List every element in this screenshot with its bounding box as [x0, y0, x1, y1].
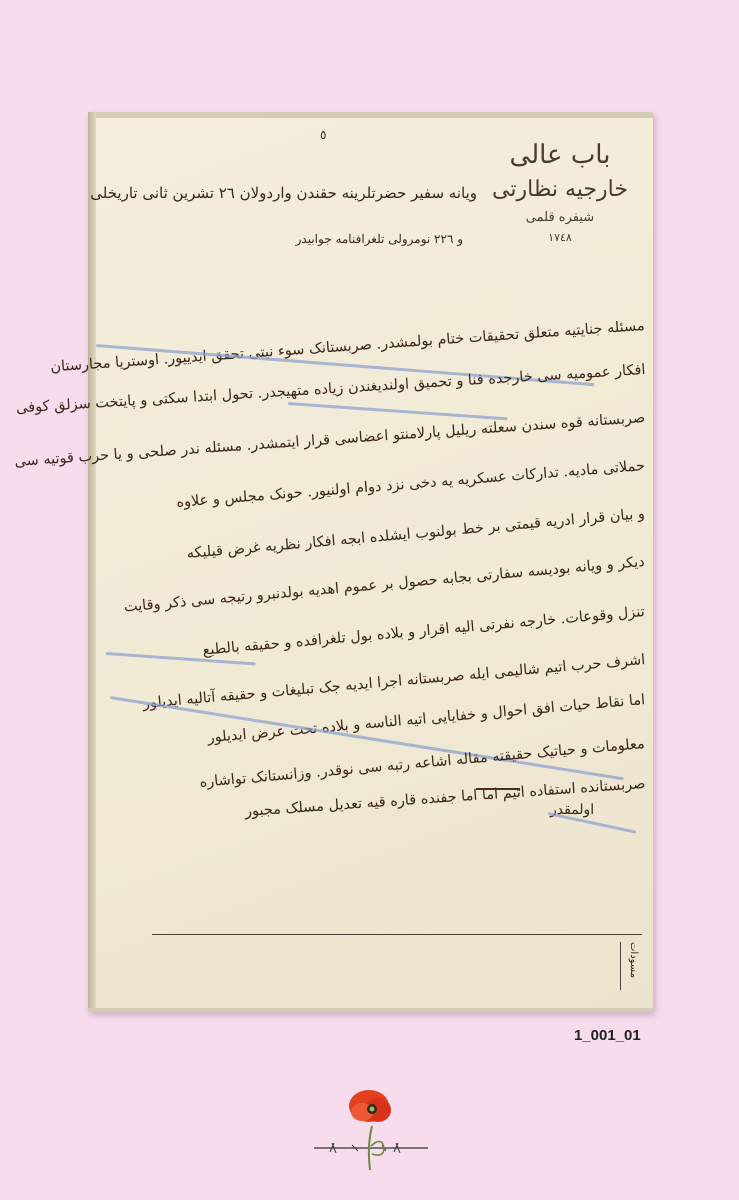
- paper-top-edge: [88, 112, 653, 118]
- ministry-name: خارجیه نظارتی: [485, 176, 635, 204]
- header-line-1: ویانه سفیر حضرتلرینه حقندن واردولان ٢٦ ت…: [90, 184, 477, 202]
- body-line: تنزل وقوعات. خارجه نفرتی الیه اقرار و بل…: [202, 604, 645, 659]
- body-line: و بیان قرار ادریه قیمتی بر خط بولنوب ایش…: [186, 506, 645, 562]
- department-name: شیفره قلمی: [485, 210, 635, 225]
- body-line: حملاتی مادیه. تدارکات عسکریه یه دخی نزد …: [176, 458, 646, 511]
- top-mark: ٥: [320, 128, 326, 142]
- body-line: دیکر و ویانه بودیسه سفارتی بجابه حصول بر…: [124, 554, 646, 615]
- margin-note: مسودات: [615, 942, 639, 1002]
- poppy-icon: [312, 1086, 432, 1176]
- letterhead: باب عالی خارجیه نظارتی شیفره قلمی ١٧٤٨: [485, 140, 635, 244]
- catalog-id: 1_001_01: [574, 1027, 641, 1044]
- tughra-emblem: باب عالی: [485, 140, 635, 170]
- pencil-underline: [288, 402, 508, 420]
- paper-bottom-edge: [88, 1008, 653, 1012]
- document-number: ١٧٤٨: [485, 231, 635, 244]
- header-line-2: و ٢٢٦ نومرولی تلغرافنامه جوابیدر: [296, 232, 463, 246]
- body-line: صربستانه قوه سندن سعلته ریلیل پارلامنتو …: [14, 410, 646, 470]
- ink-dash: [476, 788, 520, 790]
- signature-rule: [152, 934, 642, 935]
- paper-left-edge: [88, 112, 96, 1012]
- document-page: ٥ باب عالی خارجیه نظارتی شیفره قلمی ١٧٤٨…: [88, 112, 653, 1012]
